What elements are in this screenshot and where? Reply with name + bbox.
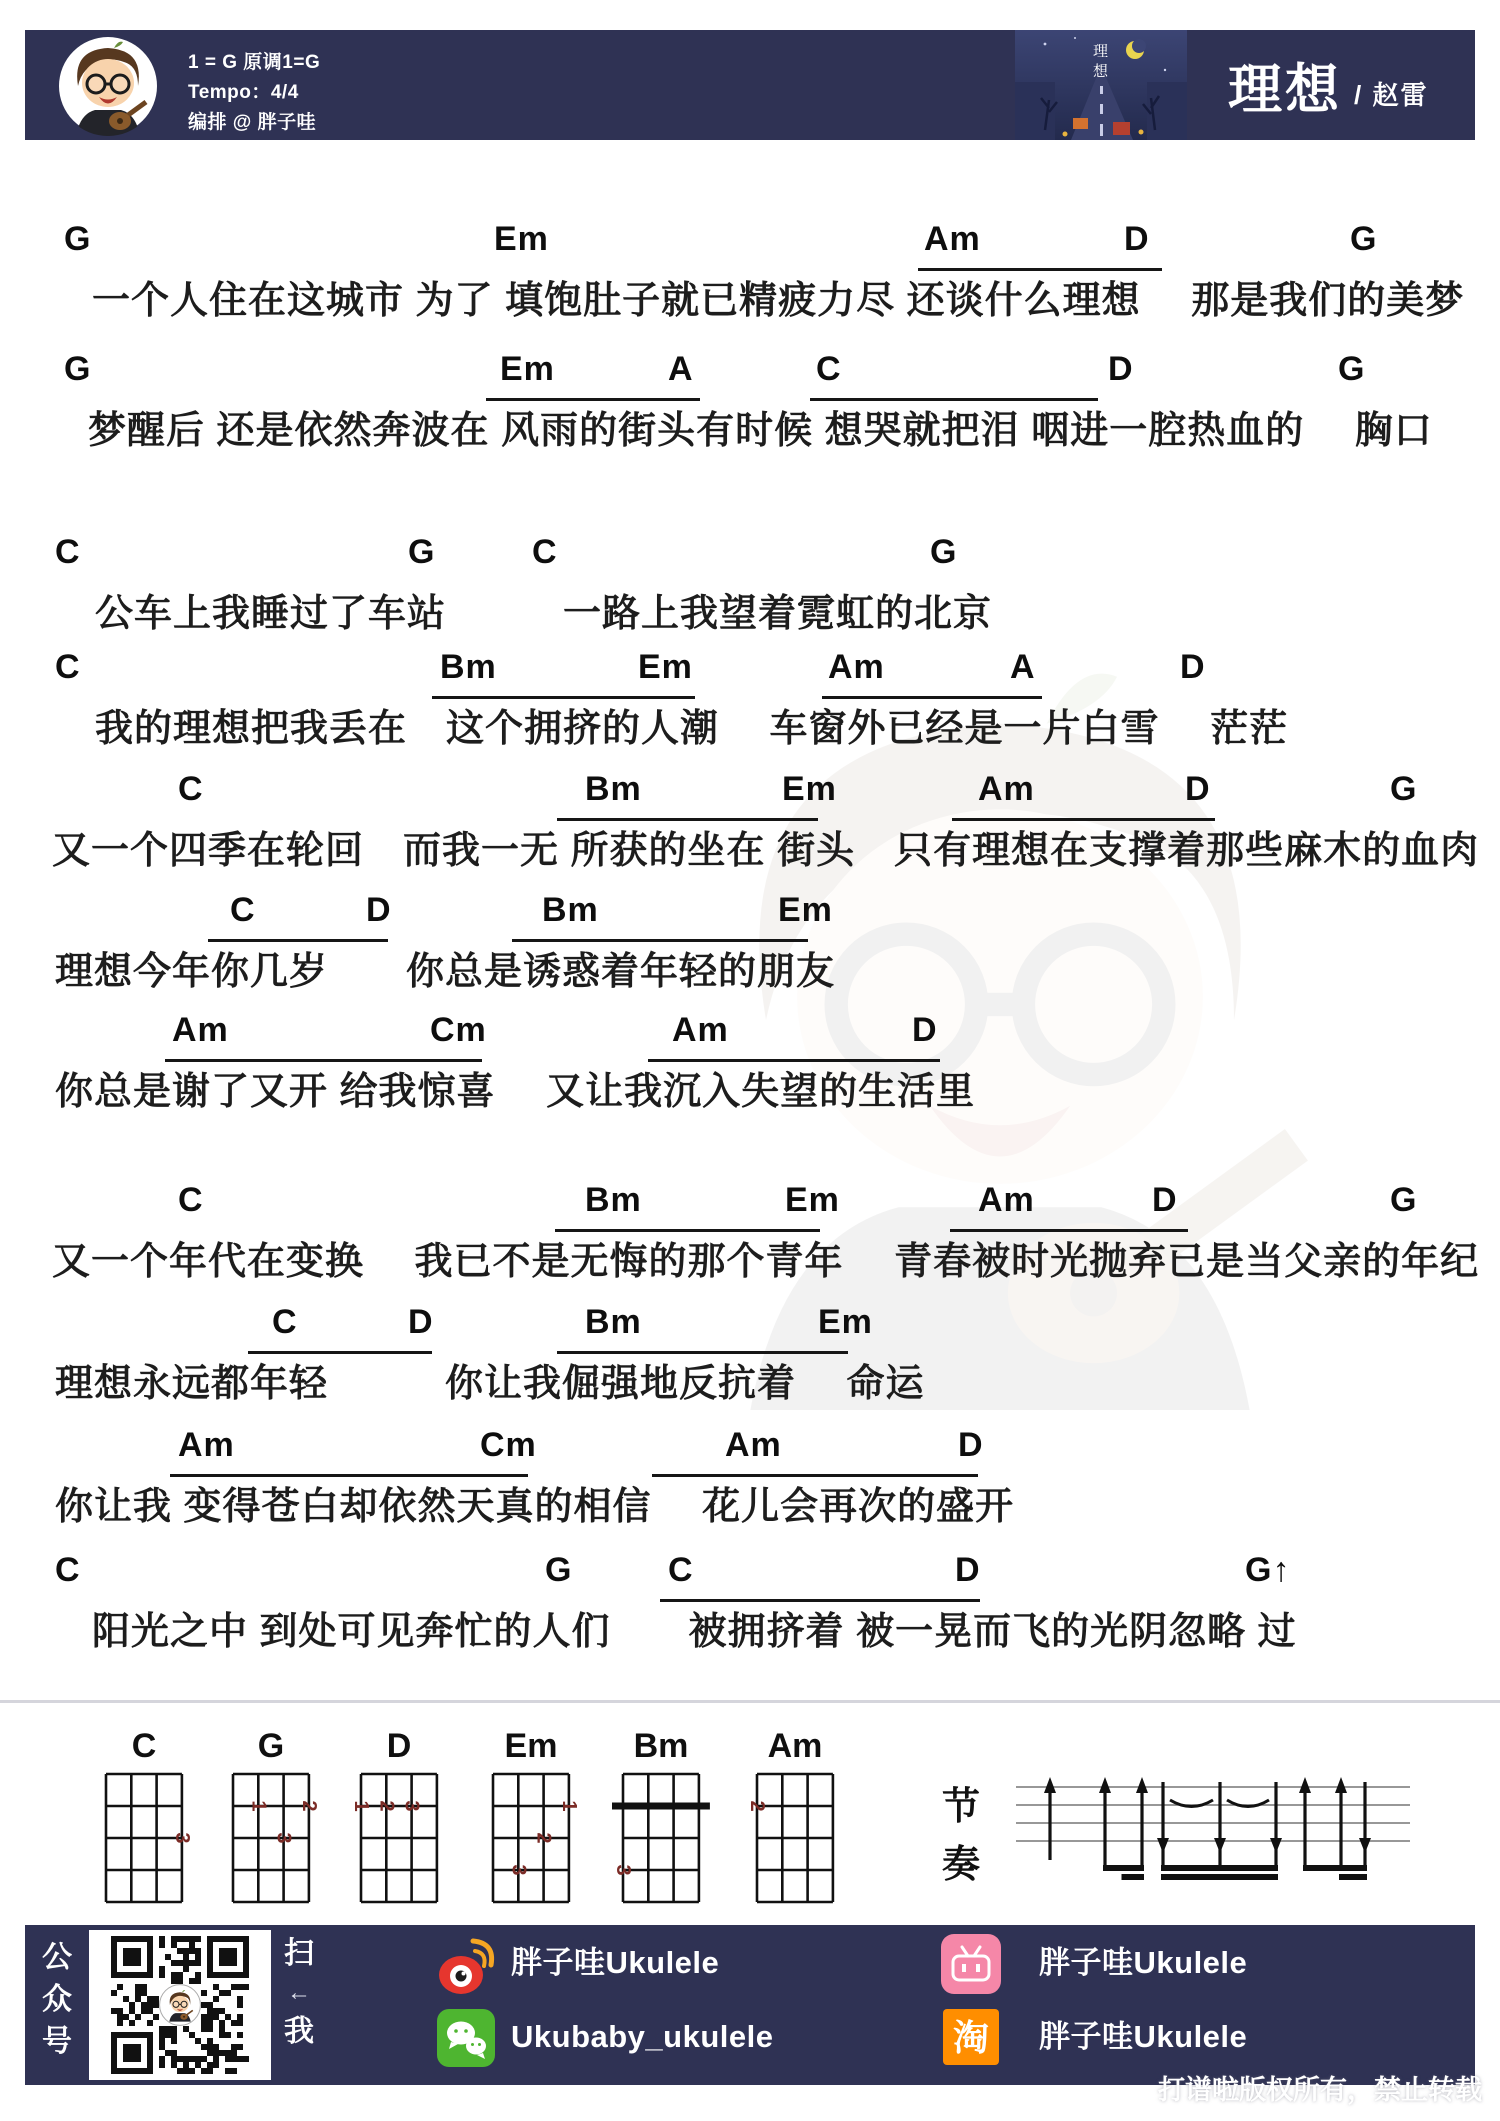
chord-label-Bm: Bm bbox=[542, 893, 599, 927]
chord-label-Bm: Bm bbox=[585, 1305, 642, 1339]
chord-underline bbox=[950, 1229, 1188, 1232]
diagram-chord-name: Bm bbox=[611, 1726, 711, 1770]
chord-label-G: G bbox=[1350, 222, 1377, 256]
section-divider bbox=[0, 1700, 1500, 1703]
chord-label-Em: Em bbox=[778, 893, 833, 927]
chord-label-Am: Am bbox=[978, 772, 1035, 806]
chord-underline bbox=[248, 1351, 432, 1354]
chord-label-C: C bbox=[230, 893, 256, 927]
chord-diagram-Em: Em123 bbox=[481, 1726, 581, 1917]
chord-label-Em: Em bbox=[782, 772, 837, 806]
footer-bar: 公 众 号 扫 ← 我 胖子哇Ukulele bbox=[25, 1925, 1475, 2085]
chord-label-Em: Em bbox=[494, 222, 549, 256]
fretboard-grid: 123 bbox=[349, 1770, 449, 1912]
chord-label-D: D bbox=[366, 893, 392, 927]
chord-underline bbox=[660, 1599, 980, 1602]
chord-label-D: D bbox=[408, 1305, 434, 1339]
lyric-line: 又一个年代在变换 我已不是无悔的那个青年 青春被时光抛弃已是当父亲的年纪 bbox=[52, 1243, 1479, 1281]
album-title-char: 想 bbox=[1093, 62, 1109, 80]
fretboard-grid: 123 bbox=[481, 1770, 581, 1912]
chord-label-Bm: Bm bbox=[585, 1183, 642, 1217]
chord-label-D: D bbox=[1152, 1183, 1178, 1217]
chord-diagram-Am: Am2 bbox=[745, 1726, 845, 1917]
svg-text:2: 2 bbox=[533, 1832, 555, 1843]
chord-label-Am: Am bbox=[172, 1013, 229, 1047]
chord-underline bbox=[165, 1059, 482, 1062]
chord-sheet-page: 1 = G 原调1=G Tempo：4/4 编排 @ 胖子哇 bbox=[0, 0, 1500, 2121]
svg-text:淘: 淘 bbox=[953, 2017, 989, 2058]
album-art-illustration: 理 想 bbox=[1015, 30, 1187, 140]
strumming-pattern bbox=[1008, 1772, 1418, 1907]
chord-label-C: C bbox=[816, 352, 842, 386]
chord-label-Am: Am bbox=[178, 1428, 235, 1462]
chord-label-Em: Em bbox=[785, 1183, 840, 1217]
chord-underline bbox=[170, 1474, 528, 1477]
song-title: 理想 bbox=[1228, 47, 1342, 124]
chord-label-D: D bbox=[955, 1553, 981, 1587]
weibo-icon bbox=[433, 1933, 499, 1997]
chord-label-A: A bbox=[668, 352, 694, 386]
chord-underline bbox=[648, 1059, 940, 1062]
svg-text:2: 2 bbox=[375, 1800, 397, 1811]
chord-label-Em: Em bbox=[638, 650, 693, 684]
chord-label-Cm: Cm bbox=[480, 1428, 537, 1462]
qr-code-image bbox=[111, 1936, 249, 2074]
fretboard-grid: 3 bbox=[611, 1770, 711, 1912]
svg-text:1: 1 bbox=[558, 1800, 580, 1811]
fretboard-grid: 123 bbox=[221, 1770, 321, 1912]
chord-diagram-D: D123 bbox=[349, 1726, 449, 1917]
chord-label-C: C bbox=[55, 535, 81, 569]
diagram-chord-name: D bbox=[349, 1726, 449, 1770]
lyric-line: 你让我 变得苍白却依然天真的相信 花儿会再次的盛开 bbox=[55, 1488, 1014, 1526]
taobao-icon: 淘 bbox=[943, 2009, 999, 2065]
diagram-chord-name: Am bbox=[745, 1726, 845, 1770]
chord-diagram-C: C3 bbox=[94, 1726, 194, 1917]
chord-label-Am: Am bbox=[978, 1183, 1035, 1217]
chord-underline bbox=[810, 398, 1098, 401]
chord-label-Am: Am bbox=[828, 650, 885, 684]
chord-label-C: C bbox=[55, 1553, 81, 1587]
diagram-chord-name: C bbox=[94, 1726, 194, 1770]
lyric-line: 我的理想把我丢在 这个拥挤的人潮 车窗外已经是一片白雪 茫茫 bbox=[95, 710, 1288, 748]
lyric-line: 梦醒后 还是依然奔波在 风雨的街头有时候 想哭就把泪 咽进一腔热血的 胸口 bbox=[88, 412, 1433, 450]
tempo-info: Tempo：4/4 bbox=[188, 78, 320, 108]
chord-label-A: A bbox=[1010, 650, 1036, 684]
rhythm-label-char: 节 bbox=[942, 1788, 980, 1826]
chord-underline bbox=[486, 398, 700, 401]
chord-label-C: C bbox=[178, 772, 204, 806]
chord-underline bbox=[512, 939, 808, 942]
key-info: 1 = G 原调1=G bbox=[188, 48, 320, 78]
lyric-line: 一个人住在这城市 为了 填饱肚子就已精疲力尽 还谈什么理想 那是我们的美梦 bbox=[92, 282, 1464, 320]
lyric-line: 公车上我睡过了车站 一路上我望着霓虹的北京 bbox=[95, 595, 992, 633]
qr-code bbox=[89, 1930, 271, 2080]
chord-label-G: G bbox=[408, 535, 435, 569]
chord-label-G: G bbox=[1390, 1183, 1417, 1217]
svg-text:3: 3 bbox=[612, 1864, 634, 1875]
chord-underline bbox=[557, 1351, 848, 1354]
chord-label-D: D bbox=[912, 1013, 938, 1047]
chord-label-Am: Am bbox=[725, 1428, 782, 1462]
svg-text:1: 1 bbox=[247, 1800, 269, 1811]
lyric-line: 你总是谢了又开 给我惊喜 又让我沉入失望的生活里 bbox=[55, 1073, 975, 1111]
copyright-text: 打谱啦版权所有，禁止转载 bbox=[1158, 2068, 1482, 2107]
lyric-line: 理想今年你几岁 你总是诱惑着年轻的朋友 bbox=[55, 953, 835, 991]
chord-label-C: C bbox=[532, 535, 558, 569]
chord-label-G: G bbox=[1338, 352, 1365, 386]
svg-text:2: 2 bbox=[298, 1800, 320, 1811]
svg-text:3: 3 bbox=[171, 1832, 193, 1843]
chord-label-Cm: Cm bbox=[430, 1013, 487, 1047]
wechat-handle: Ukubaby_ukulele bbox=[511, 2021, 773, 2052]
artist-name: / 赵雷 bbox=[1354, 59, 1428, 112]
lyric-line: 又一个四季在轮回 而我一无 所获的坐在 街头 只有理想在支撑着那些麻木的血肉 bbox=[52, 832, 1479, 870]
chord-diagram-Bm: Bm3 bbox=[611, 1726, 711, 1917]
chord-underline bbox=[822, 696, 1042, 699]
official-account-label: 公 众 号 bbox=[31, 1943, 83, 2057]
chord-label-Am: Am bbox=[924, 222, 981, 256]
album-title-char: 理 bbox=[1093, 42, 1108, 60]
chord-label-C: C bbox=[272, 1305, 298, 1339]
chord-underline bbox=[555, 1229, 820, 1232]
rhythm-label-char: 奏 bbox=[942, 1846, 980, 1884]
fretboard-grid: 3 bbox=[94, 1770, 194, 1912]
header-bar: 1 = G 原调1=G Tempo：4/4 编排 @ 胖子哇 bbox=[25, 30, 1475, 140]
avatar-illustration bbox=[58, 36, 158, 136]
chord-label-G: G bbox=[1390, 772, 1417, 806]
chord-label-C: C bbox=[178, 1183, 204, 1217]
lyric-line: 阳光之中 到处可见奔忙的人们 被拥挤着 被一晃而飞的光阴忽略 过 bbox=[92, 1613, 1297, 1651]
chord-underline bbox=[432, 696, 695, 699]
chord-diagram-G: G123 bbox=[221, 1726, 321, 1917]
chord-underline bbox=[652, 1474, 978, 1477]
song-meta: 1 = G 原调1=G Tempo：4/4 编排 @ 胖子哇 bbox=[188, 48, 320, 138]
chord-label-C: C bbox=[668, 1553, 694, 1587]
chord-underline bbox=[557, 818, 818, 821]
chord-label-G: G bbox=[930, 535, 957, 569]
chord-label-C: C bbox=[55, 650, 81, 684]
chord-label-D: D bbox=[1124, 222, 1150, 256]
chord-label-G: G bbox=[64, 222, 91, 256]
diagram-chord-name: Em bbox=[481, 1726, 581, 1770]
chord-label-G: G↑ bbox=[1245, 1553, 1290, 1587]
chord-label-D: D bbox=[958, 1428, 984, 1462]
svg-text:3: 3 bbox=[273, 1832, 295, 1843]
svg-text:2: 2 bbox=[746, 1800, 768, 1811]
arranger-info: 编排 @ 胖子哇 bbox=[188, 108, 320, 138]
bilibili-icon bbox=[941, 1934, 1001, 1994]
chord-label-Am: Am bbox=[672, 1013, 729, 1047]
chord-label-G: G bbox=[64, 352, 91, 386]
left-arrow-icon: ← bbox=[287, 1981, 311, 2005]
bilibili-handle: 胖子哇Ukulele bbox=[1039, 1947, 1247, 1978]
chord-label-Bm: Bm bbox=[585, 772, 642, 806]
avatar bbox=[58, 36, 158, 136]
lyric-line: 理想永远都年轻 你让我倔强地反抗着 命运 bbox=[55, 1365, 925, 1403]
taobao-handle: 胖子哇Ukulele bbox=[1039, 2021, 1247, 2052]
fretboard-grid: 2 bbox=[745, 1770, 845, 1912]
svg-text:3: 3 bbox=[401, 1800, 423, 1811]
svg-text:1: 1 bbox=[350, 1800, 372, 1811]
weibo-handle: 胖子哇Ukulele bbox=[511, 1947, 719, 1978]
chord-label-Bm: Bm bbox=[440, 650, 497, 684]
album-art: 理 想 bbox=[1015, 30, 1187, 140]
scan-me-label: 扫 ← 我 bbox=[277, 1939, 321, 2047]
chord-label-D: D bbox=[1108, 352, 1134, 386]
title-block: 理想 / 赵雷 bbox=[1228, 30, 1428, 140]
svg-text:3: 3 bbox=[507, 1864, 529, 1875]
chord-label-Em: Em bbox=[500, 352, 555, 386]
chord-underline bbox=[918, 268, 1162, 271]
diagram-chord-name: G bbox=[221, 1726, 321, 1770]
chord-label-D: D bbox=[1185, 772, 1211, 806]
chord-underline bbox=[952, 818, 1215, 821]
wechat-icon bbox=[437, 2009, 495, 2067]
chord-label-Em: Em bbox=[818, 1305, 873, 1339]
chord-label-G: G bbox=[545, 1553, 572, 1587]
chord-label-D: D bbox=[1180, 650, 1206, 684]
rhythm-label: 节 奏 bbox=[942, 1788, 980, 1884]
chord-underline bbox=[208, 939, 388, 942]
